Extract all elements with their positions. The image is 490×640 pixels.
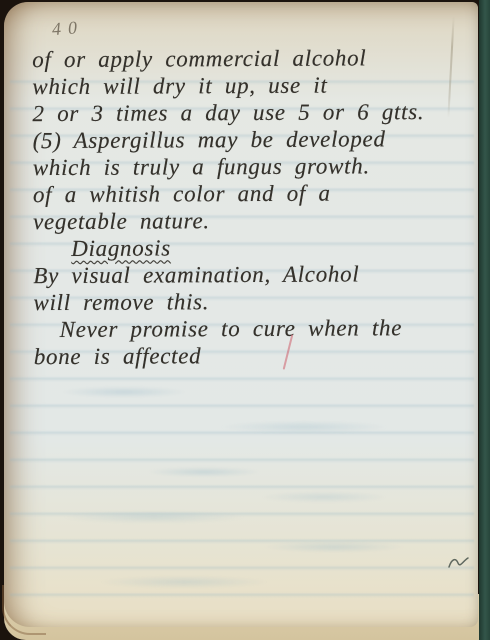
handwritten-line: of a whitish color and of a	[33, 179, 470, 208]
handwritten-line: Never promise to cure when the	[34, 314, 471, 343]
notebook-scan: 40 of or apply commercial alcohol which …	[0, 0, 490, 640]
handwritten-text-block: of or apply commercial alcohol which wil…	[32, 44, 471, 370]
handwritten-line: which is truly a fungus growth.	[33, 152, 470, 181]
page-number: 40	[51, 17, 84, 40]
handwritten-line: which will dry it up, use it	[32, 71, 469, 100]
handwritten-line: By visual examination, Alcohol	[33, 260, 470, 289]
diagnosis-heading: Diagnosis	[33, 233, 470, 262]
handwritten-line: will remove this.	[33, 287, 470, 316]
ink-bleed-through	[4, 332, 478, 607]
handwritten-line: vegetable nature.	[33, 206, 470, 235]
handwritten-line: of or apply commercial alcohol	[32, 44, 469, 73]
pencil-squiggle-mark	[448, 556, 470, 574]
handwritten-line: bone is affected	[34, 341, 471, 370]
handwritten-line: 2 or 3 times a day use 5 or 6 gtts.	[32, 98, 469, 127]
cover-edge	[479, 0, 490, 640]
handwritten-line: (5) Aspergillus may be developed	[33, 125, 470, 154]
